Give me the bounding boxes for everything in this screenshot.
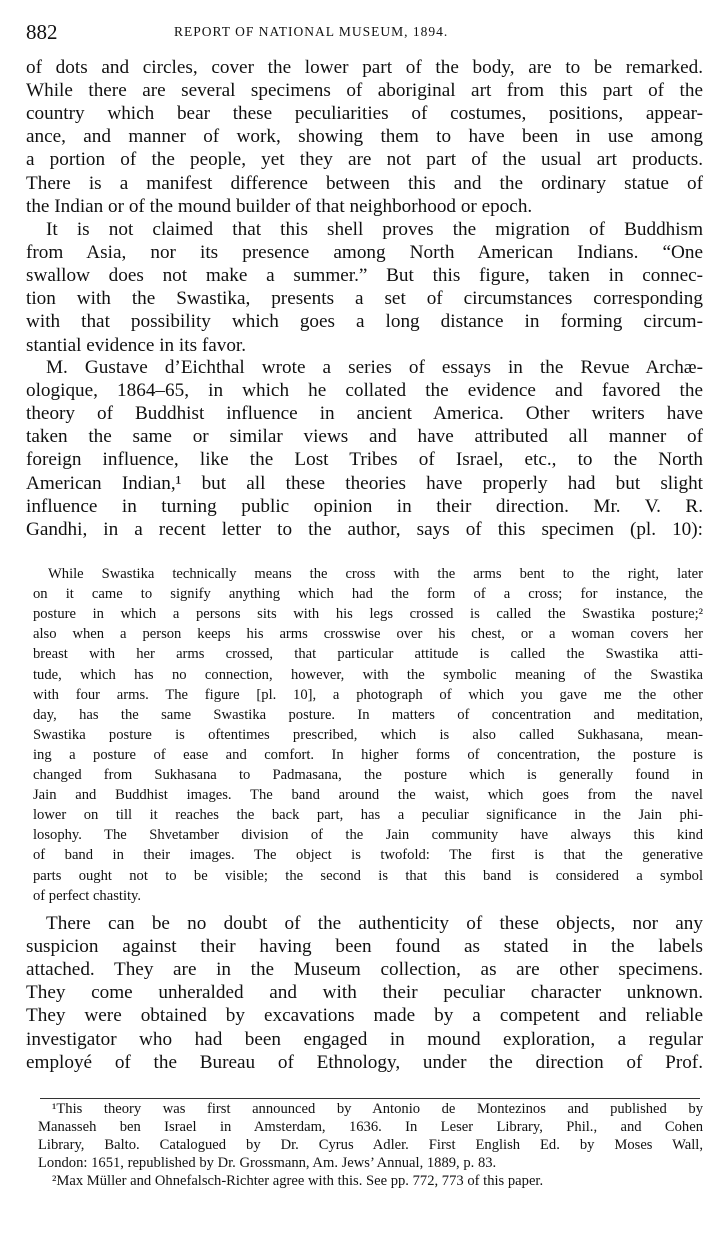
body-line: taken the same or similar views and have…: [26, 426, 703, 448]
body-line: influence in turning public opinion in t…: [26, 496, 703, 518]
body-line: M. Gustave d’Eichthal wrote a series of …: [46, 357, 703, 379]
body-line: While there are several specimens of abo…: [26, 80, 703, 102]
body-line: stantial evidence in its favor.: [26, 335, 703, 357]
quote-line: also when a person keeps his arms crossw…: [33, 626, 703, 643]
body-line: of dots and circles, cover the lower par…: [26, 57, 703, 79]
quote-line: While Swastika technically means the cro…: [48, 566, 703, 583]
quote-line: changed from Sukhasana to Padmasana, the…: [33, 767, 703, 784]
quote-line: on it came to signify anything which had…: [33, 586, 703, 603]
quote-line: day, has the same Swastika posture. In m…: [33, 707, 703, 724]
body-line: There is a manifest difference between t…: [26, 173, 703, 195]
body-line: theory of Buddhist influence in ancient …: [26, 403, 703, 425]
footnote-line: Library, Balto. Catalogued by Dr. Cyrus …: [38, 1137, 703, 1154]
quote-line: lower on till it reaches the back part, …: [33, 807, 703, 824]
footnote-line: ¹This theory was first announced by Anto…: [52, 1101, 703, 1118]
quote-line: parts ought not to be visible; the secon…: [33, 868, 703, 885]
quote-line: with four arms. The figure [pl. 10], a p…: [33, 687, 703, 704]
body-line: from Asia, nor its presence among North …: [26, 242, 703, 264]
body-line: attached. They are in the Museum collect…: [26, 959, 703, 981]
quote-line: breast with her arms crossed, that parti…: [33, 646, 703, 663]
quote-line: posture in which a persons sits with his…: [33, 606, 703, 623]
body-line: There can be no doubt of the authenticit…: [46, 913, 703, 935]
body-line: a portion of the people, yet they are no…: [26, 149, 703, 171]
body-line: They come unheralded and with their pecu…: [26, 982, 703, 1004]
quote-line: tude, which has no connection, however, …: [33, 667, 703, 684]
body-line: the Indian or of the mound builder of th…: [26, 196, 703, 218]
body-line: American Indian,¹ but all these theories…: [26, 473, 703, 495]
footnote-rule: [40, 1098, 700, 1099]
body-line: foreign influence, like the Lost Tribes …: [26, 449, 703, 471]
body-line: tion with the Swastika, presents a set o…: [26, 288, 703, 310]
body-line: swallow does not make a summer.” But thi…: [26, 265, 703, 287]
quote-line: Jain and Buddhist images. The band aroun…: [33, 787, 703, 804]
quote-line: ing a posture of ease and comfort. In hi…: [33, 747, 703, 764]
running-head: REPORT OF NATIONAL MUSEUM, 1894.: [174, 24, 448, 40]
body-line: suspicion against their having been foun…: [26, 936, 703, 958]
body-line: ologique, 1864–65, in which he collated …: [26, 380, 703, 402]
body-line: investigator who had been engaged in mou…: [26, 1029, 703, 1051]
body-line: Gandhi, in a recent letter to the author…: [26, 519, 703, 541]
body-line: It is not claimed that this shell proves…: [46, 219, 703, 241]
footnote-line: Manasseh ben Israel in Amsterdam, 1636. …: [38, 1119, 703, 1136]
page-header: 882 REPORT OF NATIONAL MUSEUM, 1894.: [26, 20, 706, 48]
body-line: country which bear these peculiarities o…: [26, 103, 703, 125]
quote-line: of band in their images. The object is t…: [33, 847, 703, 864]
footnote-line: London: 1651, republished by Dr. Grossma…: [38, 1155, 703, 1172]
quote-line: losophy. The Shvetamber division of the …: [33, 827, 703, 844]
body-line: employé of the Bureau of Ethnology, unde…: [26, 1052, 703, 1074]
quote-line: Swastika posture is oftentimes prescribe…: [33, 727, 703, 744]
body-line: ance, and manner of work, showing them t…: [26, 126, 703, 148]
body-line: with that possibility which goes a long …: [26, 311, 703, 333]
quote-line: of perfect chastity.: [33, 888, 703, 905]
body-line: They were obtained by excavations made b…: [26, 1005, 703, 1027]
page-number: 882: [26, 20, 58, 45]
footnote-line: ²Max Müller and Ohnefalsch-Richter agree…: [52, 1173, 703, 1190]
